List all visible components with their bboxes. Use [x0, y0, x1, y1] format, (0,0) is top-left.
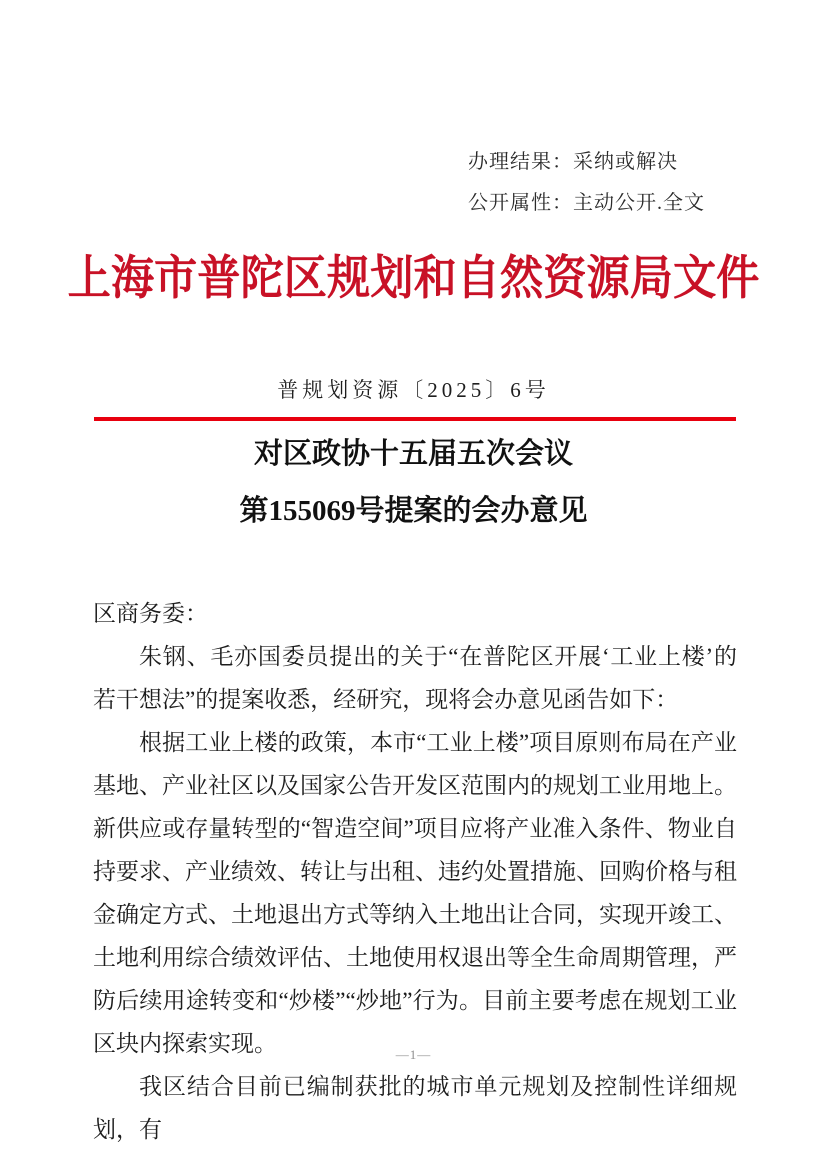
document-body: 区商务委： 朱钢、毛亦国委员提出的关于“在普陀区开展‘工业上楼’的若干想法”的提…	[93, 592, 737, 1151]
document-number: 普规划资源〔2025〕6号	[0, 374, 827, 404]
red-separator-rule	[94, 417, 736, 421]
official-document-page: 办理结果：采纳或解决 公开属性：主动公开.全文 上海市普陀区规划和自然资源局文件…	[0, 0, 827, 1170]
salutation-line: 区商务委：	[93, 592, 737, 635]
body-paragraph: 根据工业上楼的政策，本市“工业上楼”项目原则布局在产业基地、产业社区以及国家公告…	[93, 721, 737, 1065]
meta-block: 办理结果：采纳或解决 公开属性：主动公开.全文	[468, 142, 705, 224]
handling-result-line: 办理结果：采纳或解决	[468, 142, 705, 183]
subject-title-line1: 对区政协十五届五次会议	[0, 426, 827, 483]
agency-masthead-title: 上海市普陀区规划和自然资源局文件	[33, 241, 794, 308]
publicity-attribute-line: 公开属性：主动公开.全文	[468, 183, 705, 224]
page-number: —1—	[0, 1047, 827, 1063]
subject-title-line2: 第155069号提案的会办意见	[0, 483, 827, 540]
subject-title: 对区政协十五届五次会议 第155069号提案的会办意见	[0, 426, 827, 540]
body-paragraph: 我区结合目前已编制获批的城市单元规划及控制性详细规划，有	[93, 1065, 737, 1151]
body-paragraph: 朱钢、毛亦国委员提出的关于“在普陀区开展‘工业上楼’的若干想法”的提案收悉，经研…	[93, 635, 737, 721]
